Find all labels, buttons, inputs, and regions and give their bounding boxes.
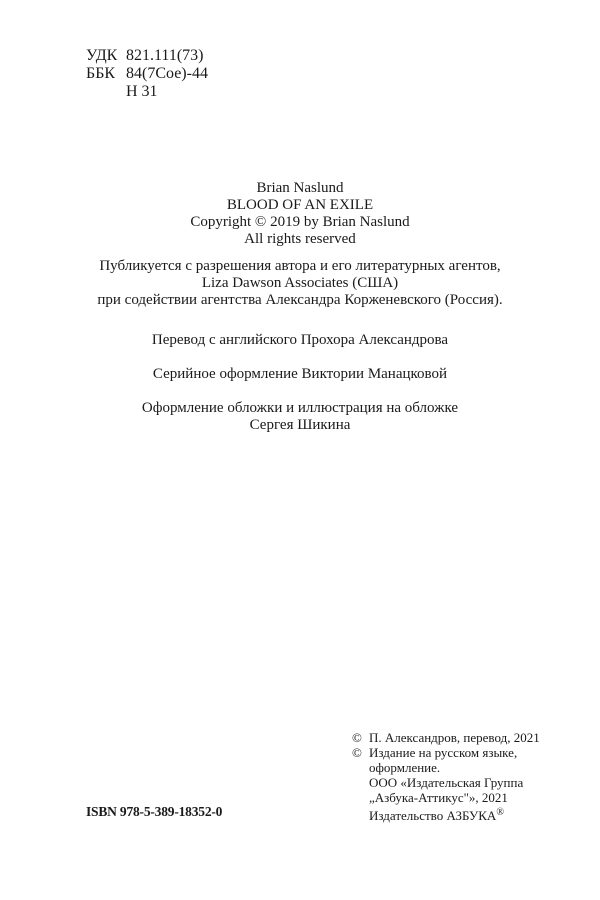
- cover-design-credit: Оформление обложки и иллюстрация на обло…: [0, 400, 600, 434]
- author-mark: Н 31: [126, 83, 158, 101]
- copyright-page: УДК 821.111(73) ББК 84(7Сое)-44 Н 31 Bri…: [0, 0, 600, 900]
- original-title: BLOOD OF AN EXILE: [0, 197, 600, 214]
- original-copyright: Copyright © 2019 by Brian Naslund: [0, 214, 600, 231]
- bbk-value: 84(7Сое)-44: [126, 65, 208, 83]
- original-edition-block: Brian Naslund BLOOD OF AN EXILE Copyrigh…: [0, 180, 600, 248]
- udk-label: УДК: [86, 47, 126, 65]
- bbk-label: ББК: [86, 65, 126, 83]
- classification-codes: УДК 821.111(73) ББК 84(7Сое)-44 Н 31: [86, 47, 208, 101]
- udk-value: 821.111(73): [126, 47, 203, 65]
- rights-reserved: All rights reserved: [0, 231, 600, 248]
- copyright-notices: © П. Александров, перевод, 2021 © Издани…: [352, 730, 540, 823]
- series-design-credit: Серийное оформление Виктории Манацковой: [0, 366, 600, 383]
- author-mark-row: Н 31: [86, 83, 208, 101]
- copyright-notice: © П. Александров, перевод, 2021: [352, 730, 540, 745]
- publication-rights-line: Liza Dawson Associates (США): [0, 275, 600, 292]
- publication-rights-block: Публикуется с разрешения автора и его ли…: [0, 258, 600, 309]
- isbn: ISBN 978-5-389-18352-0: [86, 804, 222, 820]
- publication-rights-line: при содействии агентства Александра Корж…: [0, 292, 600, 309]
- udk-row: УДК 821.111(73): [86, 47, 208, 65]
- copyright-icon: ©: [352, 745, 369, 823]
- original-author: Brian Naslund: [0, 180, 600, 197]
- bbk-row: ББК 84(7Сое)-44: [86, 65, 208, 83]
- copyright-icon: ©: [352, 730, 369, 745]
- publication-rights-line: Публикуется с разрешения автора и его ли…: [0, 258, 600, 275]
- registered-mark-icon: ®: [496, 807, 504, 818]
- copyright-notice: © Издание на русском языке, оформление. …: [352, 745, 540, 823]
- publisher-name: Издательство АЗБУКА: [369, 808, 496, 823]
- translation-credit: Перевод с английского Прохора Александро…: [0, 332, 600, 349]
